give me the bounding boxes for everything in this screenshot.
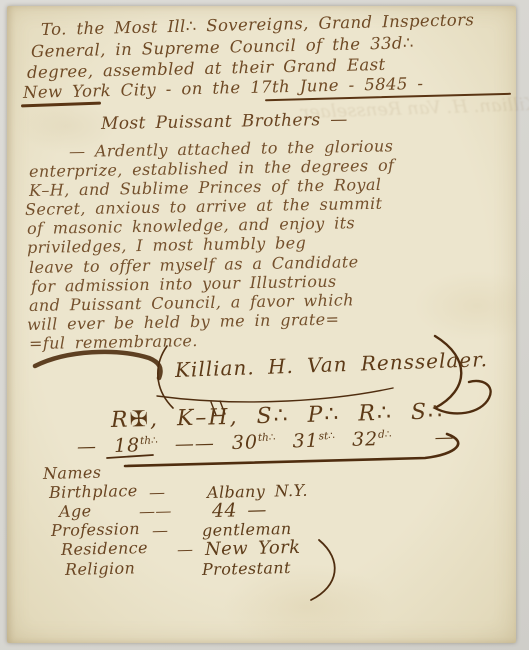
field-label-age: Age <box>59 501 92 521</box>
photo-background: Killian. H. Van Rensselaer. To. the Most… <box>0 0 529 650</box>
dash: — <box>434 426 455 449</box>
field-value-residence: New York <box>205 537 301 560</box>
field-separator: — <box>149 483 166 502</box>
dash: —— <box>175 432 216 455</box>
body-line: =ful remembrance. <box>29 331 198 353</box>
heading-rule-left <box>21 102 101 108</box>
field-value-age: 44 — <box>212 499 267 522</box>
field-separator: —— <box>139 501 172 521</box>
signature: Killian. H. Van Rensselaer. <box>175 347 489 382</box>
degree-number: 18th∴ <box>114 434 158 457</box>
degree-number: 31st∴ <box>292 429 335 452</box>
field-label-religion: Religion <box>65 558 136 579</box>
field-separator: — <box>177 540 194 559</box>
manuscript-paper: Killian. H. Van Rensselaer. To. the Most… <box>7 6 516 643</box>
field-label-names: Names <box>43 463 102 483</box>
field-label-profession: Profession <box>51 519 140 540</box>
degree-number: 30th∴ <box>232 431 276 454</box>
field-separator: — <box>152 521 169 540</box>
field-label-birthplace: Birthplace <box>49 481 138 502</box>
field-label-residence: Residence <box>61 538 148 559</box>
field-value-religion: Protestant <box>202 558 291 579</box>
salutation: Most Puissant Brothers — <box>101 110 348 134</box>
dash: — <box>77 435 98 458</box>
degree-number: 32d∴ <box>352 428 392 451</box>
